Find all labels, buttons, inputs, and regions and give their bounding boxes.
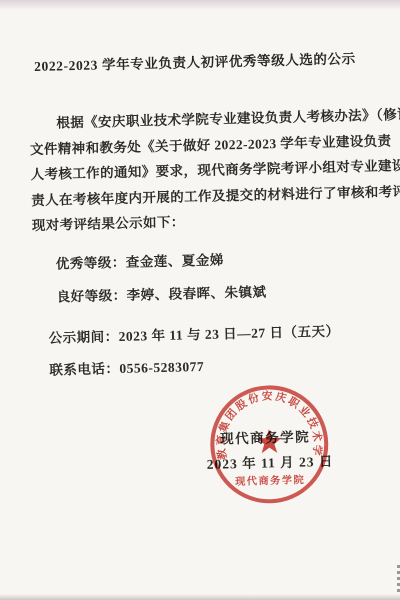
official-seal: 教育集团股份安庆职业技术学院 现代商务学院: [205, 380, 334, 509]
star-icon: [256, 429, 282, 454]
notice-document: 2022-2023 学年专业负责人初评优秀等级人选的公示 根据《安庆职业技术学院…: [0, 0, 400, 600]
seal-graphic: 教育集团股份安庆职业技术学院 现代商务学院: [205, 380, 334, 509]
notice-title: 2022-2023 学年专业负责人初评优秀等级人选的公示: [0, 46, 395, 76]
seal-center-text: 现代商务学院: [234, 473, 305, 488]
good-grade-line: 良好等级：李婷、段春晖、朱镇斌: [56, 280, 266, 305]
notice-body: 根据《安庆职业技术学院专业建设负责人考核办法》（修订） 文件精神和教务处《关于做…: [29, 103, 372, 239]
publicity-period-line: 公示期间：2023 年 11 与 23 日—27 日（五天）: [48, 320, 339, 347]
excellent-grade-line: 优秀等级：查金莲、夏金娣: [56, 248, 224, 272]
contact-phone-line: 联系电话：0556-5283077: [49, 355, 204, 379]
scanned-notice-page: 2022-2023 学年专业负责人初评优秀等级人选的公示 根据《安庆职业技术学院…: [0, 0, 400, 600]
